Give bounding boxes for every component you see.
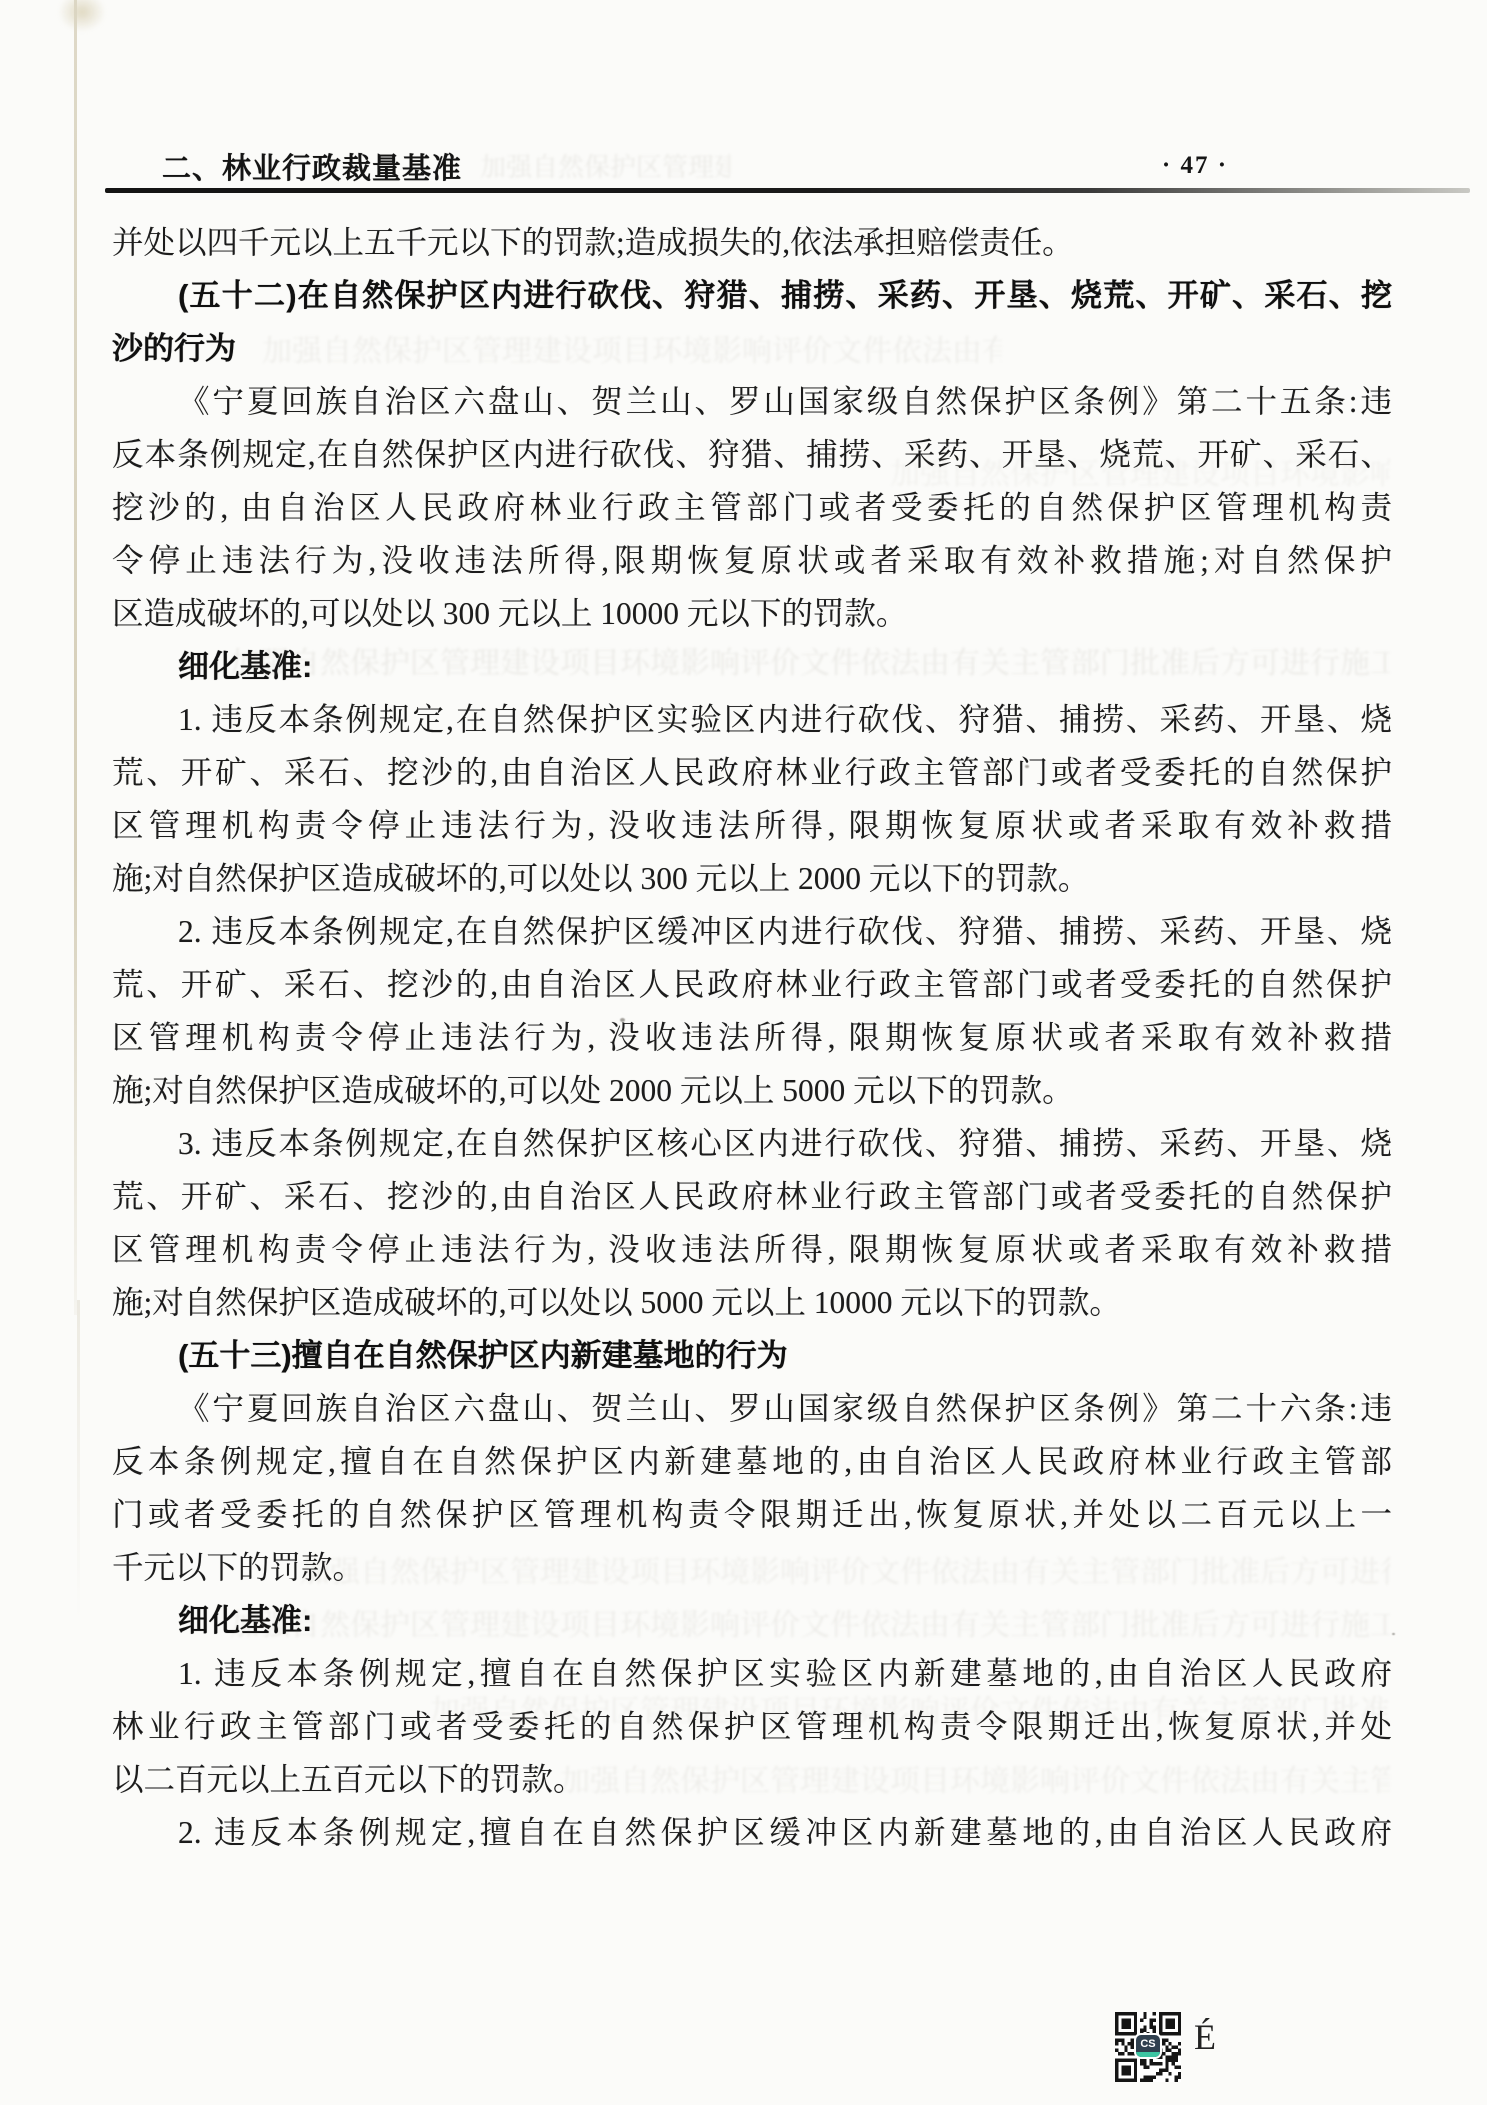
section-title: 二、林业行政裁量基准 [162,146,462,187]
text-line: 区造成破坏的,可以处以 300 元以上 10000 元以下的罚款。 [112,587,1392,640]
text-line: 荒、开矿、采石、挖沙的,由自治区人民政府林业行政主管部门或者受委托的自然保护 [112,1170,1392,1223]
qr-code: CS [1115,2012,1181,2082]
text-line: 细化基准: [112,1594,1392,1647]
document-body: 并处以四千元以上五千元以下的罚款;造成损失的,依法承担赔偿责任。(五十二)在自然… [112,216,1392,1859]
text-line: 《宁夏回族自治区六盘山、贺兰山、罗山国家级自然保护区条例》第二十五条:违 [112,375,1392,428]
text-line: 施;对自然保护区造成破坏的,可以处以 300 元以上 2000 元以下的罚款。 [112,852,1392,905]
scanned-document-page: 二、林业行政裁量基准 · 47 · 并处以四千元以上五千元以下的罚款;造成损失的… [0,0,1487,2105]
watermark-glyph: É [1194,2016,1216,2058]
text-line: (五十三)擅自在自然保护区内新建墓地的行为 [112,1329,1392,1382]
text-line: 反本条例规定,在自然保护区内进行砍伐、狩猎、捕捞、采药、开垦、烧荒、开矿、采石、 [112,428,1392,481]
scan-smudge [58,0,106,32]
text-line: 区管理机构责令停止违法行为, 没收违法所得, 限期恢复原状或者采取有效补救措 [112,1011,1392,1064]
text-line: 施;对自然保护区造成破坏的,可以处 2000 元以上 5000 元以下的罚款。 [112,1064,1392,1117]
text-line: 千元以下的罚款。 [112,1541,1392,1594]
text-line: 并处以四千元以上五千元以下的罚款;造成损失的,依法承担赔偿责任。 [112,216,1392,269]
text-line: 门或者受委托的自然保护区管理机构责令限期迁出,恢复原状,并处以二百元以上一 [112,1488,1392,1541]
text-line: 以二百元以上五百元以下的罚款。 [112,1753,1392,1806]
text-line: 《宁夏回族自治区六盘山、贺兰山、罗山国家级自然保护区条例》第二十六条:违 [112,1382,1392,1435]
text-line: 2. 违反本条例规定,在自然保护区缓冲区内进行砍伐、狩猎、捕捞、采药、开垦、烧 [112,905,1392,958]
text-line: 2. 违反本条例规定,擅自在自然保护区缓冲区内新建墓地的,由自治区人民政府 [112,1806,1392,1859]
scan-edge-line [74,0,77,1315]
text-line: 令停止违法行为,没收违法所得,限期恢复原状或者采取有效补救措施;对自然保护 [112,534,1392,587]
ink-speck [1392,1633,1395,1635]
text-line: 荒、开矿、采石、挖沙的,由自治区人民政府林业行政主管部门或者受委托的自然保护 [112,746,1392,799]
text-line: 沙的行为 [112,322,1392,375]
ink-speck [620,1018,625,1022]
text-line: 挖沙的, 由自治区人民政府林业行政主管部门或者受委托的自然保护区管理机构责 [112,481,1392,534]
text-line: 区管理机构责令停止违法行为, 没收违法所得, 限期恢复原状或者采取有效补救措 [112,799,1392,852]
camscanner-logo: CS [1136,2035,1160,2057]
text-line: (五十二)在自然保护区内进行砍伐、狩猎、捕捞、采药、开垦、烧荒、开矿、采石、挖 [112,269,1392,322]
text-line: 反本条例规定,擅自在自然保护区内新建墓地的,由自治区人民政府林业行政主管部 [112,1435,1392,1488]
text-line: 林业行政主管部门或者受委托的自然保护区管理机构责令限期迁出,恢复原状,并处 [112,1700,1392,1753]
scan-edge-line-faded [77,1300,80,1620]
text-line: 1. 违反本条例规定,擅自在自然保护区实验区内新建墓地的,由自治区人民政府 [112,1647,1392,1700]
text-line: 3. 违反本条例规定,在自然保护区核心区内进行砍伐、狩猎、捕捞、采药、开垦、烧 [112,1117,1392,1170]
bleed-through-text: 加强自然保护区管理建设项目环境影响评价文件依法由有关主管部门批准后方可进行施工作… [480,148,730,190]
text-line: 施;对自然保护区造成破坏的,可以处以 5000 元以上 10000 元以下的罚款… [112,1276,1392,1329]
text-line: 荒、开矿、采石、挖沙的,由自治区人民政府林业行政主管部门或者受委托的自然保护 [112,958,1392,1011]
text-line: 细化基准: [112,640,1392,693]
text-line: 区管理机构责令停止违法行为, 没收违法所得, 限期恢复原状或者采取有效补救措 [112,1223,1392,1276]
text-line: 1. 违反本条例规定,在自然保护区实验区内进行砍伐、狩猎、捕捞、采药、开垦、烧 [112,693,1392,746]
page-number: · 47 · [1140,152,1250,180]
header-rule [105,188,1470,193]
